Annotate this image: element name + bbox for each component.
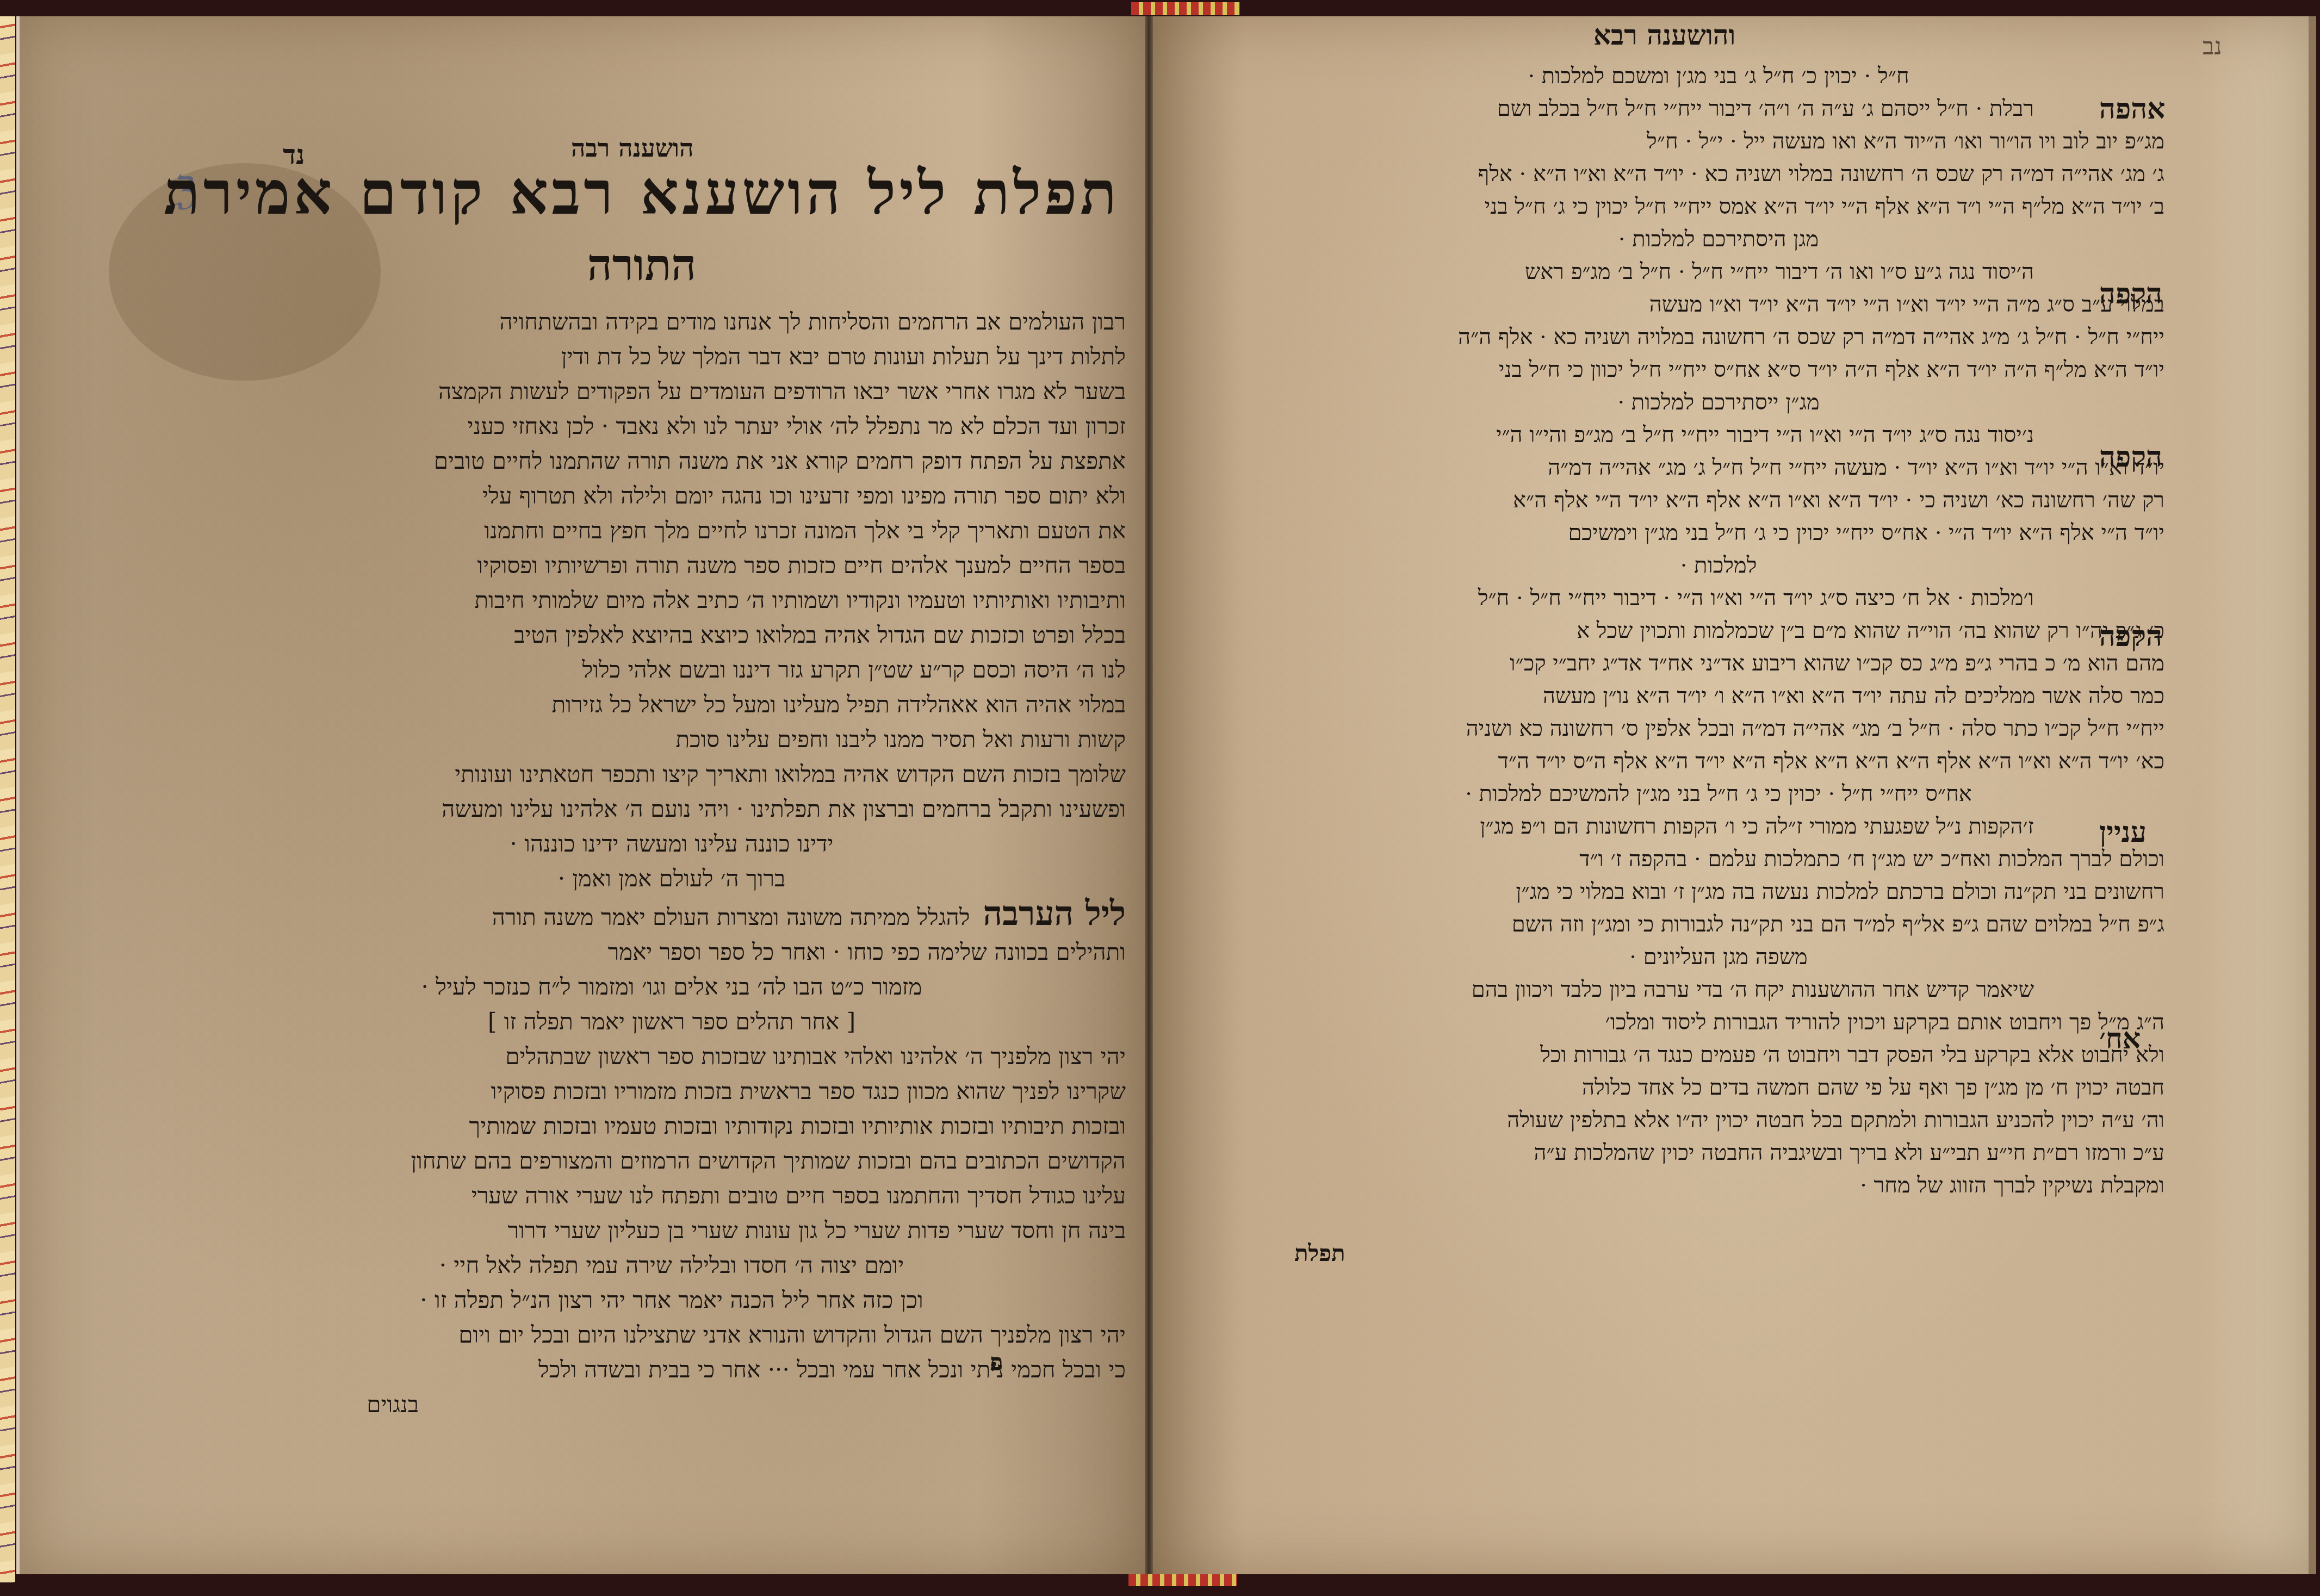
text-line: יו״ד ה״א מל״ף ה״ה יו״ד ה״א אלף ה״ה יו״ד …: [1273, 353, 2164, 386]
text-line: ז׳הקפות נ״ל שפגעתי ממורי ז״לה כי ו׳ הקפו…: [1273, 810, 2164, 843]
open-book: ℨ הושענה רבה נד תפלת ליל הושענא רבא קודם…: [0, 0, 2320, 1596]
text-line: מגן היסתירכם למלכות ·: [1273, 223, 2164, 256]
headband-top: [1131, 2, 1240, 15]
text-line: ה׳יסוד נגה ג״ע ס״ו ואו ה׳ דיבור ייח״י ח״…: [1273, 256, 2164, 288]
text-line: רק שה׳ רחשונה כא׳ ושניה כי · יו״ד ה״א וא…: [1273, 484, 2164, 517]
text-line: ה״ג מ״ל פך ויחבוט אותם בקרקע ויכוין להור…: [1273, 1006, 2164, 1039]
prayer-line: בנגוים: [218, 1387, 1126, 1422]
text-line: ייח״י ח״ל קכ״ו כתר סלה · ח״ל ב׳ מג״ אהי״…: [1273, 712, 2164, 745]
text-line: רבון העולמים אב הרחמים והסליחות לך אנחנו…: [218, 305, 1126, 339]
text-line: בכלל ופרט וכזכות שם הגדול אהיה במלואו כי…: [218, 618, 1126, 653]
section-line: ליל הערבהלהגלל ממיתה משונה ומצרות העולם …: [218, 896, 1126, 935]
section-line: [ אחר תהלים ספר ראשון יאמר תפלה זו ]: [218, 1004, 1126, 1039]
text-line: כא׳ יו״ד ה״א וא״ו ה״א אלף ה״א ה״א ה״א אל…: [1273, 745, 2164, 778]
prayer-line: הקדושים הכתובים בהם ובזכות שמותיך הקדושי…: [218, 1144, 1126, 1178]
right-page-body: ח״ל · יכוין כ׳ ח״ל ג׳ בני מג׳ן ומשכם למל…: [1273, 60, 2164, 1202]
left-page-body: רבון העולמים אב הרחמים והסליחות לך אנחנו…: [218, 305, 1126, 1422]
text-line: במלוי אהיה הוא אאהלידה תפיל מעלינו ומעל …: [218, 687, 1126, 722]
prayer-line: עלינו כגודל חסדיך והחתמנו בספר חיים טובי…: [218, 1178, 1126, 1213]
text-line: וכולם לברך המלכות ואח״כ יש מג״ן ח׳ כתמלכ…: [1273, 843, 2164, 875]
text-line: יו״ד וא״ו ה״י יו״ד וא״ו ה״א יו״ד · מעשה …: [1273, 451, 2164, 484]
text-line: ולא יתום ספר תורה מפינו ומפי זרעינו וכו …: [218, 479, 1126, 513]
section-heading: ליל הערבה: [983, 896, 1126, 933]
prayer-line: וכן כזה אחר ליל הכנה יאמר אחר יהי רצון ה…: [218, 1283, 1126, 1318]
prayer-line: ובזכות תיבותיו ובזכות אותיותיו ובזכות נק…: [218, 1109, 1126, 1144]
text-line: שלומך בזכות השם הקדוש אהיה במלואו ותאריך…: [218, 757, 1126, 792]
text-line: חבטה יכוין ח׳ מן מג״ן פך ואף על פי שהם ח…: [1273, 1071, 2164, 1104]
text-line: נ׳יסוד נגה ס״ג יו״ד ה״י וא״ו ה״י דיבור י…: [1273, 419, 2164, 451]
text-line: ולא יחבוט אלא בקרקע בלי הפסק דבר ויחבוט …: [1273, 1039, 2164, 1071]
text-line: מהם הוא מ׳ כ בהרי ג״פ מ״ג כס קכ״ו שהוא ר…: [1273, 647, 2164, 680]
text-line: אח״ס ייח״י ח״ל · יכוין כי ג׳ ח״ל בני מג״…: [1273, 778, 2164, 810]
text-line: בשער לא מגרו אחרי אשר יבאו הרודפים העומד…: [218, 374, 1126, 409]
text-line: ידינו כוננה עלינו ומעשה ידינו כוננהו ·: [218, 827, 1126, 861]
section-line: מזמור כ״ט הבו לה׳ בני אלים וגו׳ ומזמור ל…: [218, 970, 1126, 1004]
text-line: בספר החיים למענך אלהים חיים כזכות ספר מש…: [218, 548, 1126, 583]
text-line: רבלת · ח״ל ייסהם ג׳ ע״ה ה׳ ו״ה׳ דיבור יי…: [1273, 92, 2164, 125]
prayer-line: יהי רצון מלפניך השם הגדול והקדוש והנורא …: [218, 1318, 1126, 1352]
text-line: למלכות ·: [1273, 549, 2164, 582]
text-line: ופשעינו ותקבל ברחמים וברצון את תפלתינו ·…: [218, 792, 1126, 827]
text-line: רחשונים בני תק״נה וכולם ברכתם למלכות נעש…: [1273, 875, 2164, 908]
book-gutter: [1145, 16, 1153, 1574]
prayer-line: יהי רצון מלפניך ה׳ אלהינו ואלהי אבותינו …: [218, 1039, 1126, 1074]
text-line: ב׳ יו״ד ה״א מל״ף ה״י ו״ד ה״א אלף ה״י יו״…: [1273, 190, 2164, 223]
section-line: ותהילים בכוונה שלימה כפי כוחו · ואחר כל …: [218, 935, 1126, 970]
text-line: במלוי ע״ב ס״ג מ״ה ה״י יו״ד וא״ו ה״י יו״ד…: [1273, 288, 2164, 321]
text-line: לתלות דינך על תעלות ועונות טרם יבא דבר ה…: [218, 339, 1126, 374]
left-page-title-continued: התורה: [163, 239, 1120, 291]
right-catchword: תפלת: [1294, 1240, 1345, 1267]
text-line: כמר סלה אשר ממליכים לה עתה יו״ד ה״א וא״ו…: [1273, 680, 2164, 712]
text-line: את הטעם ותאריך קלי בי אלך המונה זכרנו לח…: [218, 513, 1126, 548]
text-line: כ׳ ג״פ יה״ו רק שהוא בה׳ הוי״ה שהוא מ״ם ב…: [1273, 614, 2164, 647]
text-line: ג״פ ח״ל במלוים שהם ג״פ אל״ף למ״ד הם בני …: [1273, 908, 2164, 941]
text-line: ו׳מלכות · אל ח׳ כיצה ס״ג יו״ד ה״י וא״ו ה…: [1273, 582, 2164, 614]
text-line: יו״ד ה״י אלף ה״א יו״ד ה״י · אח״ס ייח״י י…: [1273, 517, 2164, 549]
marbled-endpaper: [0, 16, 15, 1582]
right-running-header: והושענה רבא: [1593, 19, 1735, 51]
text-line: זכרון ועד הכלם לא מר נתפלל לה׳ אולי יעתר…: [218, 409, 1126, 444]
headband-bottom: [1128, 1573, 1237, 1586]
text-line: וה׳ ע״ה יכוין להכניע הגבורות ולמתקם בכל …: [1273, 1104, 2164, 1137]
text-line: ברוך ה׳ לעולם אמן ואמן ·: [218, 861, 1126, 896]
text-line: ג׳ מג׳ אהי״ה דמ״ה רק שכס ה׳ רחשונה במלוי…: [1273, 158, 2164, 190]
right-page-number: נב: [2203, 33, 2222, 60]
prayer-line: שקרינו לפניך שהוא מכוון כנגד ספר בראשית …: [218, 1074, 1126, 1109]
left-page-title: תפלת ליל הושענא רבא קודם אמירת: [163, 163, 1120, 223]
text-line: ותיבותיו ואותיותיו וטעמיו ונקודיו ושמותי…: [218, 583, 1126, 618]
text-line: משפה מגן העליונים ·: [1273, 941, 2164, 973]
text-line: לנו ה׳ היסה וכסם קר״ע שט״ן תקרע גזר דיננ…: [218, 653, 1126, 687]
text-line: מג״ן ייסתירכם למלכות ·: [1273, 386, 2164, 419]
text-line: ח״ל · יכוין כ׳ ח״ל ג׳ בני מג׳ן ומשכם למל…: [1273, 60, 2164, 92]
text-line: קשות ורעות ואל תסיר ממנו ליבנו וחפים עלי…: [218, 722, 1126, 757]
left-catchword: פ: [990, 1349, 1003, 1376]
text-line: ע״כ ורמזו רם״ת חי״ע תבי״ע ולא בריך ובשיג…: [1273, 1137, 2164, 1169]
prayer-line: יומם יצוה ה׳ חסדו ובלילה שירה עמי תפלה ל…: [218, 1248, 1126, 1283]
prayer-line: בינה חן וחסד שערי פדות שערי כל גון עונות…: [218, 1213, 1126, 1248]
text-line: ייח״י ח״ל · ח״ל ג׳ מ״ג אהי״ה דמ״ה רק שכס…: [1273, 321, 2164, 353]
text-line: ומקבלת נשיקין לברך הזווג של מחר ·: [1273, 1169, 2164, 1202]
text-line: אתפצת על הפתח דופק רחמים קורא אני את משנ…: [218, 444, 1126, 479]
text-line: שיאמר קדיש אחר ההושענות יקח ה׳ בדי ערבה …: [1273, 973, 2164, 1006]
text-line: מג״פ יוב לוב ויו הו״ור ואו׳ ה״יוד ה״א וא…: [1273, 125, 2164, 158]
